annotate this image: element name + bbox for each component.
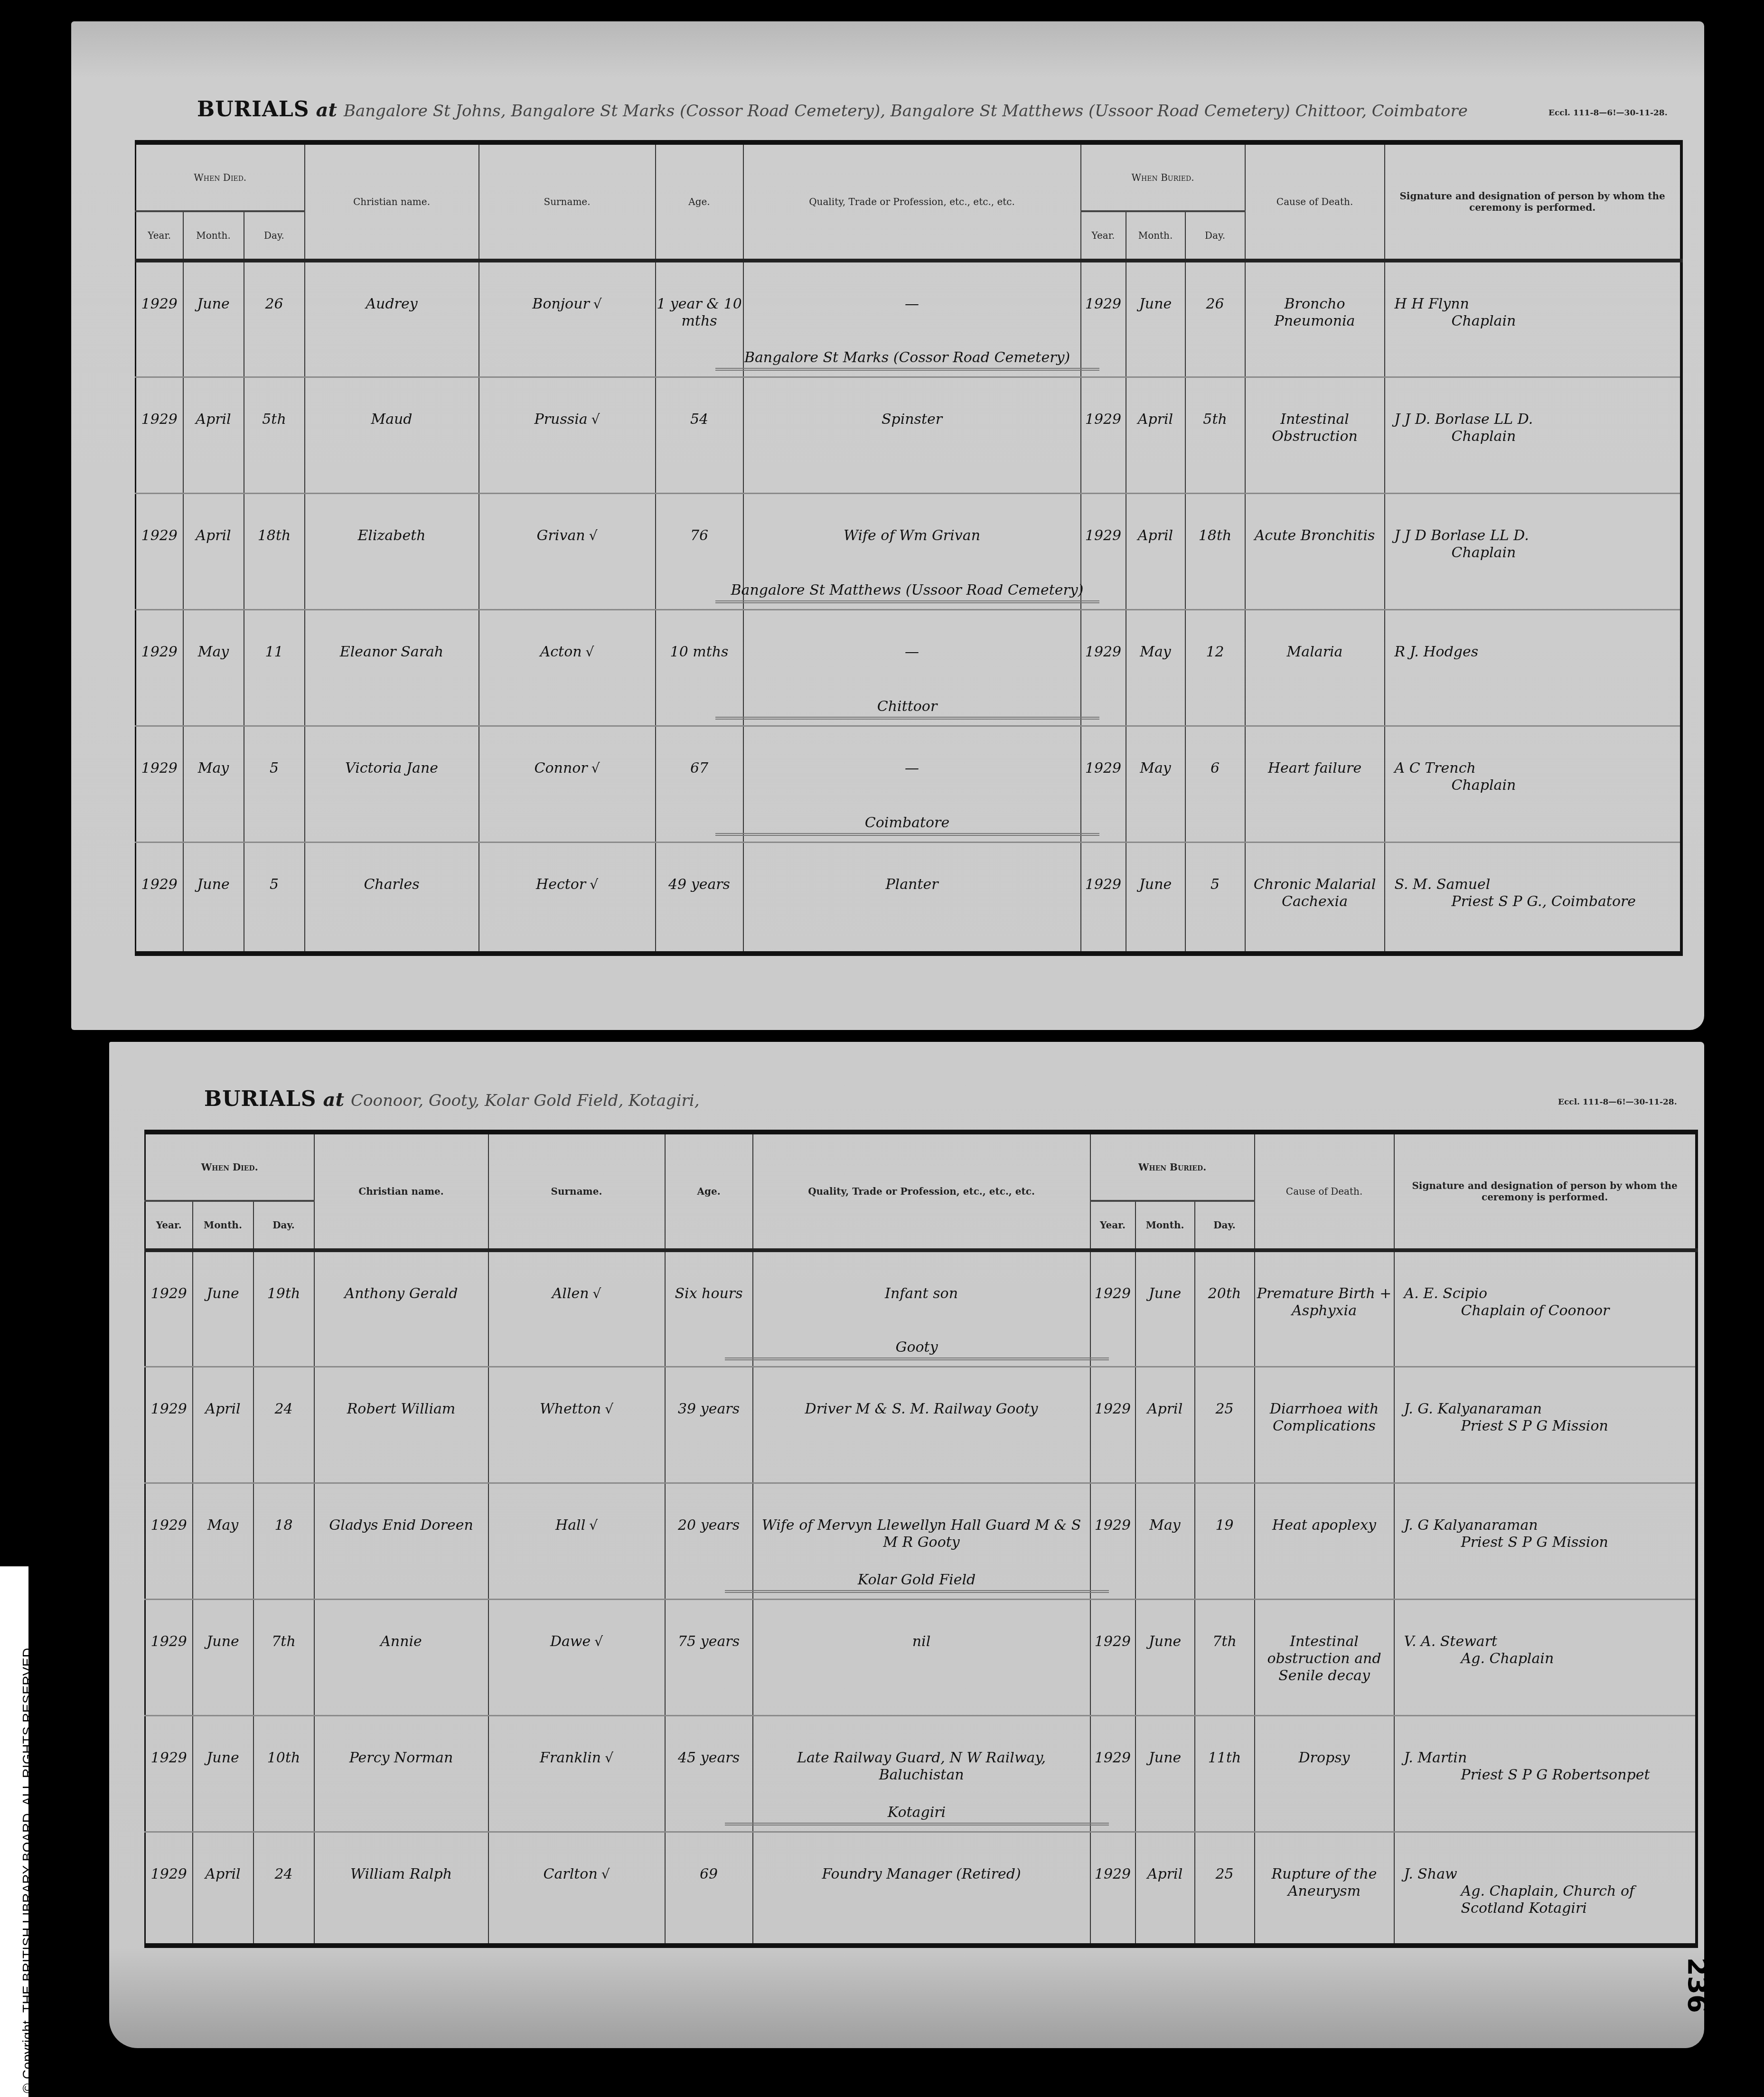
cell-christian-name: Charles bbox=[305, 842, 479, 954]
register-entry-row: 1929June10thPercy NormanFranklin√45 year… bbox=[145, 1715, 1697, 1832]
designation-text: Priest S P G Mission bbox=[1395, 1534, 1695, 1551]
died-year-text: 1929 bbox=[136, 644, 183, 661]
cell-buried-year: 1929 bbox=[1081, 842, 1126, 954]
buried-year-text: 1929 bbox=[1081, 876, 1126, 893]
cell-quality: nil bbox=[753, 1599, 1090, 1715]
buried-month-text: April bbox=[1126, 411, 1185, 428]
cell-died-day: 18 bbox=[253, 1483, 314, 1599]
signature-text: J J D Borlase LL D. bbox=[1385, 527, 1680, 544]
died-month-text: May bbox=[184, 644, 244, 661]
surname-text: Hall bbox=[555, 1517, 585, 1534]
cell-buried-day: 5th bbox=[1185, 377, 1245, 493]
buried-month-text: June bbox=[1126, 876, 1185, 893]
designation-text: Chaplain bbox=[1385, 777, 1680, 794]
died-year-text: 1929 bbox=[146, 1517, 192, 1534]
cell-surname: Prussia√ bbox=[479, 377, 656, 493]
christian-name-text: Victoria Jane bbox=[305, 760, 479, 777]
cell-died-year: 1929 bbox=[136, 842, 183, 954]
age-text: 54 bbox=[656, 411, 743, 428]
cell-buried-month: May bbox=[1126, 726, 1185, 842]
died-day-text: 7th bbox=[254, 1633, 314, 1650]
age-text: Six hours bbox=[666, 1285, 752, 1302]
signature-text: J. G Kalyanaraman bbox=[1395, 1517, 1695, 1534]
cell-buried-day: 6 bbox=[1185, 726, 1245, 842]
cause-of-death-text: Malaria bbox=[1246, 644, 1384, 661]
cell-buried-day: 18th bbox=[1185, 493, 1245, 609]
buried-year-text: 1929 bbox=[1091, 1285, 1135, 1302]
burial-place-section-label: Gooty bbox=[725, 1339, 1109, 1360]
cell-cause-of-death: Premature Birth + Asphyxia bbox=[1255, 1250, 1394, 1367]
header-when-died: When Died. bbox=[145, 1132, 314, 1201]
buried-day-text: 25 bbox=[1195, 1401, 1254, 1418]
cause-of-death-text: Intestinal Obstruction bbox=[1246, 411, 1384, 445]
died-year-text: 1929 bbox=[146, 1866, 192, 1883]
buried-year-text: 1929 bbox=[1081, 644, 1126, 661]
header-when-died: When Died. bbox=[136, 142, 305, 211]
cell-died-month: June bbox=[193, 1715, 253, 1832]
cell-died-day: 18th bbox=[244, 493, 305, 609]
cell-christian-name: Maud bbox=[305, 377, 479, 493]
cell-christian-name: William Ralph bbox=[314, 1832, 488, 1946]
buried-day-text: 20th bbox=[1195, 1285, 1254, 1302]
cell-signature: H H FlynnChaplain bbox=[1385, 261, 1681, 377]
died-day-text: 5 bbox=[244, 876, 304, 893]
cell-buried-day: 11th bbox=[1195, 1715, 1255, 1832]
cell-surname: Whetton√ bbox=[488, 1367, 665, 1483]
register-entry-row: 1929April24William RalphCarlton√69Foundr… bbox=[145, 1832, 1697, 1946]
cell-buried-month: June bbox=[1126, 842, 1185, 954]
cell-buried-day: 5 bbox=[1185, 842, 1245, 954]
cell-quality: Planter bbox=[743, 842, 1081, 954]
title-burials: BURIALS bbox=[204, 1087, 317, 1111]
cell-buried-year: 1929 bbox=[1081, 377, 1126, 493]
cell-age: 49 years bbox=[656, 842, 743, 954]
checkmark-icon: √ bbox=[590, 877, 598, 892]
header-died-month: Month. bbox=[193, 1201, 253, 1250]
buried-year-text: 1929 bbox=[1081, 760, 1126, 777]
buried-year-text: 1929 bbox=[1081, 411, 1126, 428]
cell-christian-name: Annie bbox=[314, 1599, 488, 1715]
cell-christian-name: Anthony Gerald bbox=[314, 1250, 488, 1367]
cell-died-month: June bbox=[193, 1599, 253, 1715]
cell-died-month: June bbox=[183, 842, 244, 954]
quality-text: — bbox=[744, 644, 1080, 661]
cell-cause-of-death: Intestinal Obstruction bbox=[1245, 377, 1385, 493]
died-day-text: 26 bbox=[244, 296, 304, 313]
signature-text: A C Trench bbox=[1385, 760, 1680, 777]
page-number: 236 bbox=[1682, 1957, 1713, 2013]
cause-of-death-text: Chronic Malarial Cachexia bbox=[1246, 876, 1384, 910]
checkmark-icon: √ bbox=[591, 760, 600, 776]
register-entry-row: 1929May11Eleanor SarahActon√10 mthsChitt… bbox=[136, 609, 1681, 726]
died-year-text: 1929 bbox=[146, 1401, 192, 1418]
cell-died-year: 1929 bbox=[136, 493, 183, 609]
cell-surname: Hector√ bbox=[479, 842, 656, 954]
form-reference-bottom: Eccl. 111-8—6!—30-11-28. bbox=[1558, 1097, 1677, 1107]
died-year-text: 1929 bbox=[136, 296, 183, 313]
died-month-text: April bbox=[193, 1401, 253, 1418]
died-year-text: 1929 bbox=[136, 876, 183, 893]
header-died-year: Year. bbox=[145, 1201, 193, 1250]
copyright-strip: © Copyright. THE BRITISH LIBRARY BOARD. … bbox=[0, 1566, 28, 2097]
cell-died-month: June bbox=[193, 1250, 253, 1367]
header-quality: Quality, Trade or Profession, etc., etc.… bbox=[753, 1132, 1090, 1250]
age-text: 20 years bbox=[666, 1517, 752, 1534]
surname-text: Whetton bbox=[540, 1401, 601, 1418]
buried-day-text: 7th bbox=[1195, 1633, 1254, 1650]
header-died-month: Month. bbox=[183, 211, 244, 261]
age-text: 76 bbox=[656, 527, 743, 544]
page-title-bottom: BURIALS at Coonoor, Gooty, Kolar Gold Fi… bbox=[204, 1087, 700, 1111]
cell-buried-day: 12 bbox=[1185, 609, 1245, 726]
cell-died-month: April bbox=[193, 1367, 253, 1483]
surname-text: Allen bbox=[552, 1285, 589, 1302]
cell-surname: Acton√ bbox=[479, 609, 656, 726]
cause-of-death-text: Diarrhoea with Complications bbox=[1255, 1401, 1394, 1435]
cell-died-month: May bbox=[183, 609, 244, 726]
christian-name-text: Eleanor Sarah bbox=[305, 644, 479, 661]
cell-surname: Bonjour√ bbox=[479, 261, 656, 377]
cell-buried-day: 7th bbox=[1195, 1599, 1255, 1715]
cell-buried-month: June bbox=[1135, 1250, 1195, 1367]
cell-died-year: 1929 bbox=[145, 1367, 193, 1483]
cause-of-death-text: Intestinal obstruction and Senile decay bbox=[1255, 1633, 1394, 1685]
quality-text: — bbox=[744, 296, 1080, 313]
cause-of-death-text: Rupture of the Aneurysm bbox=[1255, 1866, 1394, 1900]
cause-of-death-text: Acute Bronchitis bbox=[1246, 527, 1384, 544]
copyright-text: © Copyright. THE BRITISH LIBRARY BOARD. … bbox=[20, 1644, 35, 2093]
christian-name-text: Anthony Gerald bbox=[315, 1285, 488, 1302]
cell-christian-name: Victoria Jane bbox=[305, 726, 479, 842]
cell-buried-day: 19 bbox=[1195, 1483, 1255, 1599]
christian-name-text: Maud bbox=[305, 411, 479, 428]
cell-died-day: 24 bbox=[253, 1832, 314, 1946]
cell-buried-day: 25 bbox=[1195, 1832, 1255, 1946]
cell-buried-year: 1929 bbox=[1090, 1832, 1135, 1946]
buried-month-text: April bbox=[1136, 1401, 1194, 1418]
died-day-text: 24 bbox=[254, 1401, 314, 1418]
burial-place-section-label: Chittoor bbox=[715, 698, 1099, 720]
designation-text: Chaplain bbox=[1385, 544, 1680, 562]
quality-text: Wife of Mervyn Llewellyn Hall Guard M & … bbox=[753, 1517, 1090, 1551]
died-year-text: 1929 bbox=[136, 527, 183, 544]
cell-buried-year: 1929 bbox=[1081, 609, 1126, 726]
age-text: 1 year & 10 mths bbox=[656, 296, 743, 330]
cell-buried-month: April bbox=[1135, 1832, 1195, 1946]
cell-buried-month: April bbox=[1126, 377, 1185, 493]
cell-died-year: 1929 bbox=[145, 1250, 193, 1367]
buried-day-text: 5th bbox=[1186, 411, 1245, 428]
cell-died-month: May bbox=[183, 726, 244, 842]
designation-text: Priest S P G., Coimbatore bbox=[1385, 893, 1680, 910]
checkmark-icon: √ bbox=[594, 1634, 603, 1649]
form-reference-top: Eccl. 111-8—6!—30-11-28. bbox=[1548, 108, 1668, 118]
cell-surname: Dawe√ bbox=[488, 1599, 665, 1715]
cell-died-day: 10th bbox=[253, 1715, 314, 1832]
cell-buried-day: 26 bbox=[1185, 261, 1245, 377]
cell-cause-of-death: Intestinal obstruction and Senile decay bbox=[1255, 1599, 1394, 1715]
buried-month-text: June bbox=[1136, 1633, 1194, 1650]
age-text: 49 years bbox=[656, 876, 743, 893]
surname-text: Grivan bbox=[537, 527, 585, 544]
header-cause: Cause of Death. bbox=[1245, 142, 1385, 261]
signature-text: H H Flynn bbox=[1385, 296, 1680, 313]
cell-signature: A C TrenchChaplain bbox=[1385, 726, 1681, 842]
buried-month-text: June bbox=[1136, 1285, 1194, 1302]
christian-name-text: Gladys Enid Doreen bbox=[315, 1517, 488, 1534]
register-entry-row: 1929June7thAnnieDawe√75 yearsnil1929June… bbox=[145, 1599, 1697, 1715]
cell-buried-month: May bbox=[1135, 1483, 1195, 1599]
cell-christian-name: Audrey bbox=[305, 261, 479, 377]
cell-signature: S. M. SamuelPriest S P G., Coimbatore bbox=[1385, 842, 1681, 954]
died-year-text: 1929 bbox=[146, 1285, 192, 1302]
cell-signature: J. G KalyanaramanPriest S P G Mission bbox=[1394, 1483, 1697, 1599]
cell-signature: J J D Borlase LL D.Chaplain bbox=[1385, 493, 1681, 609]
buried-year-text: 1929 bbox=[1091, 1401, 1135, 1418]
cell-died-day: 5 bbox=[244, 842, 305, 954]
age-text: 39 years bbox=[666, 1401, 752, 1418]
title-places: Bangalore St Johns, Bangalore St Marks (… bbox=[344, 102, 1468, 121]
cell-died-day: 7th bbox=[253, 1599, 314, 1715]
cell-buried-month: April bbox=[1126, 493, 1185, 609]
header-when-buried: When Buried. bbox=[1081, 142, 1245, 211]
age-text: 45 years bbox=[666, 1750, 752, 1767]
header-age: Age. bbox=[656, 142, 743, 261]
died-day-text: 19th bbox=[254, 1285, 314, 1302]
designation-text: Chaplain bbox=[1385, 428, 1680, 445]
died-year-text: 1929 bbox=[136, 411, 183, 428]
burial-place-section-label: Coimbatore bbox=[715, 814, 1099, 836]
page-title-top: BURIALS at Bangalore St Johns, Bangalore… bbox=[197, 97, 1468, 122]
cell-died-year: 1929 bbox=[145, 1715, 193, 1832]
header-buried-day: Day. bbox=[1185, 211, 1245, 261]
checkmark-icon: √ bbox=[591, 412, 600, 427]
cell-died-month: June bbox=[183, 261, 244, 377]
christian-name-text: Audrey bbox=[305, 296, 479, 313]
cell-surname: Hall√ bbox=[488, 1483, 665, 1599]
signature-text: R J. Hodges bbox=[1385, 644, 1680, 661]
died-day-text: 18th bbox=[244, 527, 304, 544]
cell-surname: Franklin√ bbox=[488, 1715, 665, 1832]
surname-text: Franklin bbox=[540, 1750, 601, 1767]
died-month-text: April bbox=[193, 1866, 253, 1883]
cell-buried-day: 20th bbox=[1195, 1250, 1255, 1367]
surname-text: Hector bbox=[536, 876, 586, 893]
burial-place-section-label: Kolar Gold Field bbox=[725, 1572, 1109, 1593]
cell-buried-year: 1929 bbox=[1081, 493, 1126, 609]
cell-cause-of-death: Heat apoplexy bbox=[1255, 1483, 1394, 1599]
cell-christian-name: Robert William bbox=[314, 1367, 488, 1483]
surname-text: Carlton bbox=[544, 1866, 598, 1883]
buried-month-text: April bbox=[1126, 527, 1185, 544]
buried-month-text: May bbox=[1126, 644, 1185, 661]
cell-died-day: 19th bbox=[253, 1250, 314, 1367]
header-christian-name: Christian name. bbox=[314, 1132, 488, 1250]
cell-died-month: April bbox=[183, 377, 244, 493]
header-signature: Signature and designation of person by w… bbox=[1385, 142, 1681, 261]
signature-text: J. G. Kalyanaraman bbox=[1395, 1401, 1695, 1418]
cell-cause-of-death: Heart failure bbox=[1245, 726, 1385, 842]
cell-surname: Grivan√ bbox=[479, 493, 656, 609]
surname-text: Acton bbox=[540, 644, 582, 661]
cell-buried-month: June bbox=[1135, 1715, 1195, 1832]
cell-buried-month: June bbox=[1126, 261, 1185, 377]
title-burials: BURIALS bbox=[197, 97, 310, 122]
cell-quality: Foundry Manager (Retired) bbox=[753, 1832, 1090, 1946]
cell-signature: J. G. KalyanaramanPriest S P G Mission bbox=[1394, 1367, 1697, 1483]
cell-quality: Kolar Gold FieldWife of Mervyn Llewellyn… bbox=[753, 1483, 1090, 1599]
cell-quality: Spinster bbox=[743, 377, 1081, 493]
died-day-text: 5th bbox=[244, 411, 304, 428]
burial-place-section-label: Kotagiri bbox=[725, 1804, 1109, 1826]
register-entry-row: 1929April5thMaudPrussia√54Spinster1929Ap… bbox=[136, 377, 1681, 493]
signature-text: A. E. Scipio bbox=[1395, 1285, 1695, 1302]
signature-text: V. A. Stewart bbox=[1395, 1633, 1695, 1650]
died-month-text: June bbox=[184, 876, 244, 893]
checkmark-icon: √ bbox=[601, 1866, 610, 1882]
cell-died-year: 1929 bbox=[145, 1483, 193, 1599]
header-quality: Quality, Trade or Profession, etc., etc.… bbox=[743, 142, 1081, 261]
cell-died-year: 1929 bbox=[145, 1832, 193, 1946]
cell-quality: Coimbatore— bbox=[743, 726, 1081, 842]
signature-text: J J D. Borlase LL D. bbox=[1385, 411, 1680, 428]
designation-text: Ag. Chaplain bbox=[1395, 1650, 1695, 1667]
header-christian-name: Christian name. bbox=[305, 142, 479, 261]
age-text: 67 bbox=[656, 760, 743, 777]
quality-text: — bbox=[744, 760, 1080, 777]
quality-text: Infant son bbox=[753, 1285, 1090, 1302]
christian-name-text: Charles bbox=[305, 876, 479, 893]
cell-died-day: 24 bbox=[253, 1367, 314, 1483]
died-month-text: April bbox=[184, 527, 244, 544]
cause-of-death-text: Broncho Pneumonia bbox=[1246, 296, 1384, 330]
header-died-day: Day. bbox=[253, 1201, 314, 1250]
buried-day-text: 6 bbox=[1186, 760, 1245, 777]
died-month-text: June bbox=[184, 296, 244, 313]
buried-day-text: 26 bbox=[1186, 296, 1245, 313]
signature-text: J. Shaw bbox=[1395, 1866, 1695, 1883]
cause-of-death-text: Heart failure bbox=[1246, 760, 1384, 777]
cell-buried-year: 1929 bbox=[1090, 1250, 1135, 1367]
header-died-day: Day. bbox=[244, 211, 305, 261]
quality-text: Driver M & S. M. Railway Gooty bbox=[753, 1401, 1090, 1418]
checkmark-icon: √ bbox=[593, 1286, 601, 1301]
cell-died-year: 1929 bbox=[136, 609, 183, 726]
cell-died-day: 26 bbox=[244, 261, 305, 377]
header-buried-year: Year. bbox=[1090, 1201, 1135, 1250]
cell-died-year: 1929 bbox=[136, 726, 183, 842]
cell-christian-name: Gladys Enid Doreen bbox=[314, 1483, 488, 1599]
buried-month-text: May bbox=[1136, 1517, 1194, 1534]
cell-died-year: 1929 bbox=[136, 261, 183, 377]
cell-cause-of-death: Acute Bronchitis bbox=[1245, 493, 1385, 609]
buried-year-text: 1929 bbox=[1081, 527, 1126, 544]
checkmark-icon: √ bbox=[586, 644, 594, 660]
buried-day-text: 12 bbox=[1186, 644, 1245, 661]
buried-day-text: 18th bbox=[1186, 527, 1245, 544]
cell-cause-of-death: Broncho Pneumonia bbox=[1245, 261, 1385, 377]
cell-quality: Bangalore St Marks (Cossor Road Cemetery… bbox=[743, 261, 1081, 377]
died-month-text: June bbox=[193, 1285, 253, 1302]
buried-month-text: June bbox=[1136, 1750, 1194, 1767]
died-day-text: 5 bbox=[244, 760, 304, 777]
designation-text: Priest S P G Robertsonpet bbox=[1395, 1767, 1695, 1784]
cell-buried-month: June bbox=[1135, 1599, 1195, 1715]
cell-quality: Chittoor— bbox=[743, 609, 1081, 726]
cell-quality: Bangalore St Matthews (Ussoor Road Cemet… bbox=[743, 493, 1081, 609]
cell-age: 69 bbox=[665, 1832, 753, 1946]
title-at: at bbox=[316, 99, 337, 121]
died-year-text: 1929 bbox=[146, 1750, 192, 1767]
cell-died-month: April bbox=[193, 1832, 253, 1946]
register-entry-row: 1929June5CharlesHector√49 yearsPlanter19… bbox=[136, 842, 1681, 954]
cell-signature: A. E. ScipioChaplain of Coonoor bbox=[1394, 1250, 1697, 1367]
cell-surname: Allen√ bbox=[488, 1250, 665, 1367]
header-cause: Cause of Death. bbox=[1255, 1132, 1394, 1250]
header-buried-year: Year. bbox=[1081, 211, 1126, 261]
designation-text: Priest S P G Mission bbox=[1395, 1418, 1695, 1435]
died-month-text: June bbox=[193, 1750, 253, 1767]
died-day-text: 10th bbox=[254, 1750, 314, 1767]
header-surname: Surname. bbox=[479, 142, 656, 261]
designation-text: Ag. Chaplain, Church of Scotland Kotagir… bbox=[1395, 1883, 1695, 1917]
designation-text: Chaplain bbox=[1385, 313, 1680, 330]
age-text: 10 mths bbox=[656, 644, 743, 661]
cause-of-death-text: Heat apoplexy bbox=[1255, 1517, 1394, 1534]
died-year-text: 1929 bbox=[146, 1633, 192, 1650]
age-text: 69 bbox=[666, 1866, 752, 1883]
register-entry-row: 1929June19thAnthony GeraldAllen√Six hour… bbox=[145, 1250, 1697, 1367]
cell-buried-year: 1929 bbox=[1090, 1715, 1135, 1832]
christian-name-text: William Ralph bbox=[315, 1866, 488, 1883]
checkmark-icon: √ bbox=[589, 1517, 598, 1533]
cell-christian-name: Eleanor Sarah bbox=[305, 609, 479, 726]
cell-buried-year: 1929 bbox=[1081, 261, 1126, 377]
checkmark-icon: √ bbox=[593, 296, 602, 312]
header-buried-month: Month. bbox=[1135, 1201, 1195, 1250]
header-when-buried: When Buried. bbox=[1090, 1132, 1255, 1201]
christian-name-text: Elizabeth bbox=[305, 527, 479, 544]
cell-cause-of-death: Diarrhoea with Complications bbox=[1255, 1367, 1394, 1483]
cell-cause-of-death: Malaria bbox=[1245, 609, 1385, 726]
surname-text: Connor bbox=[535, 760, 588, 777]
buried-year-text: 1929 bbox=[1091, 1866, 1135, 1883]
died-day-text: 11 bbox=[244, 644, 304, 661]
buried-year-text: 1929 bbox=[1081, 296, 1126, 313]
quality-text: Late Railway Guard, N W Railway, Baluchi… bbox=[753, 1750, 1090, 1784]
buried-day-text: 19 bbox=[1195, 1517, 1254, 1534]
died-month-text: June bbox=[193, 1633, 253, 1650]
quality-text: Planter bbox=[744, 876, 1080, 893]
cell-buried-year: 1929 bbox=[1081, 726, 1126, 842]
cell-buried-day: 25 bbox=[1195, 1367, 1255, 1483]
cell-signature: J. MartinPriest S P G Robertsonpet bbox=[1394, 1715, 1697, 1832]
cell-signature: J. ShawAg. Chaplain, Church of Scotland … bbox=[1394, 1832, 1697, 1946]
cell-quality: GootyInfant son bbox=[753, 1250, 1090, 1367]
quality-text: Foundry Manager (Retired) bbox=[753, 1866, 1090, 1883]
register-entry-row: 1929May5Victoria JaneConnor√67Coimbatore… bbox=[136, 726, 1681, 842]
died-month-text: April bbox=[184, 411, 244, 428]
cell-signature: R J. Hodges bbox=[1385, 609, 1681, 726]
cell-died-day: 5 bbox=[244, 726, 305, 842]
cell-died-day: 11 bbox=[244, 609, 305, 726]
surname-text: Dawe bbox=[550, 1633, 591, 1650]
title-places: Coonoor, Gooty, Kolar Gold Field, Kotagi… bbox=[351, 1091, 700, 1110]
quality-text: Spinster bbox=[744, 411, 1080, 428]
register-entry-row: 1929May18Gladys Enid DoreenHall√20 years… bbox=[145, 1483, 1697, 1599]
cell-cause-of-death: Chronic Malarial Cachexia bbox=[1245, 842, 1385, 954]
header-died-year: Year. bbox=[136, 211, 183, 261]
